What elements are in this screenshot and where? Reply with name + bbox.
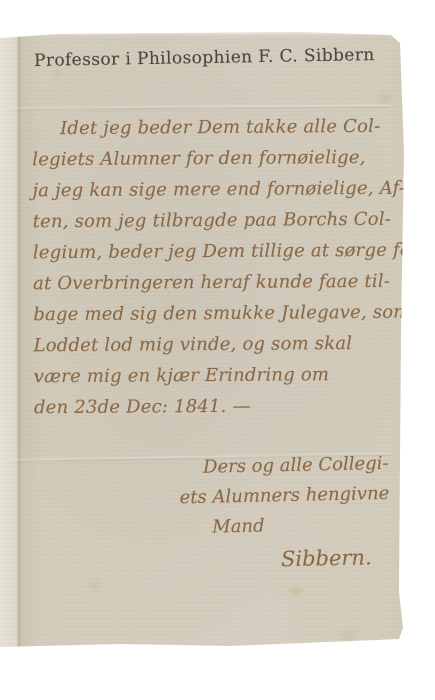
closing-line: ets Alumners hengivne [179, 479, 400, 514]
ink-fleck [212, 338, 214, 340]
photo-white-border: Professor i Philosophien F. C. Sibbern I… [0, 0, 435, 700]
fold-crease-line [18, 32, 21, 648]
letter-line: ja jeg kan sige mere end fornøielige, Af… [32, 173, 396, 207]
foxing-spot [90, 582, 99, 590]
foxing-spot [342, 630, 356, 640]
archivist-annotation: Professor i Philosophien F. C. Sibbern [34, 45, 374, 71]
letter-line: Idet jeg beder Dem takke alle Col- [32, 111, 396, 145]
letter-line: legium, beder jeg Dem tillige at sørge f… [33, 235, 397, 269]
closing-line: Mand [212, 509, 401, 543]
letter-line: legiets Alumner for den fornøielige, [32, 142, 396, 176]
ink-fleck [35, 374, 38, 377]
horizontal-crease-upper [10, 105, 390, 111]
letter-page: Professor i Philosophien F. C. Sibbern I… [0, 32, 404, 648]
letter-body: Idet jeg beder Dem takke alle Col- legie… [32, 111, 398, 424]
foxing-spot [290, 586, 302, 596]
foxing-spot [54, 70, 62, 77]
letter-line: Loddet lod mig vinde, og som skal [33, 328, 397, 362]
letter-dateline: den 23de Dec: 1841. — [34, 390, 398, 424]
letter-line: ten, som jeg tilbragde paa Borchs Col- [33, 204, 397, 238]
foxing-spot [380, 94, 390, 102]
paper-top-edge [0, 32, 404, 37]
ink-fleck [330, 214, 332, 216]
letter-closing: Ders og alle Collegi- ets Alumners hengi… [179, 449, 402, 577]
letter-line: at Overbringeren heraf kunde faae til- [33, 266, 397, 300]
signature: Sibbern. [281, 542, 402, 575]
letter-line: bage med sig den smukke Julegave, som [33, 297, 397, 331]
page-left-fold [0, 32, 17, 648]
closing-line: Ders og alle Collegi- [203, 449, 400, 483]
letter-line: være mig en kjær Erindring om [34, 359, 398, 393]
